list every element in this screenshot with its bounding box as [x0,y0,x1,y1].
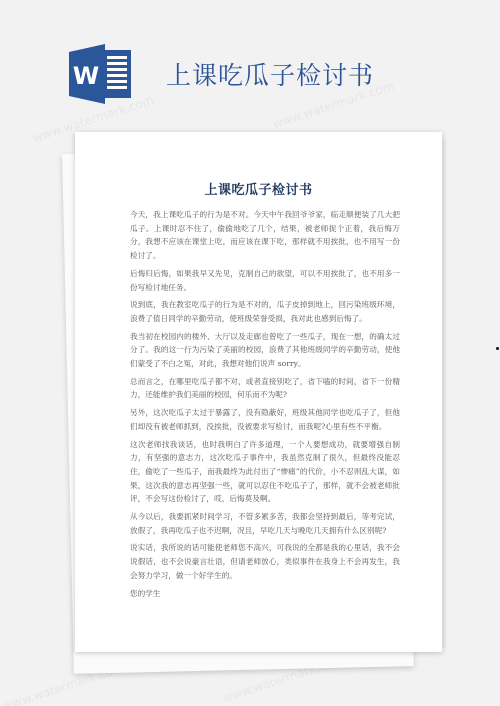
paragraph: 说实话，我所说的话可能使老师您不高兴，可我说的全都是我的心里话，我不会说假话，也… [130,541,400,582]
stray-dot [496,347,499,350]
paragraph: 总而言之，在哪里吃瓜子都不对，或者直接别吃了，省下嗑的时间，省下一份精力，还能维… [130,375,400,402]
paragraph: 后悔归后悔，如果我早又先见，克制自己的欲望，可以不用挨批了，也不用多一份写检讨地… [130,267,400,294]
signature: 您的学生 [130,587,400,601]
paragraph: 说到底，我在教室吃瓜子的行为是不对的，瓜子皮掉到地上，回污染班级环境，浪费了值日… [130,298,400,325]
document-body: 今天，我上课吃瓜子的行为是不对。今天中午我回爷爷家，临走顺便装了几大把瓜子。上课… [130,208,400,604]
paragraph: 这次老师找我谈话，也时我明白了许多道理，一个人要想成功，就要增强自制力，有坚强的… [130,438,400,507]
word-document-icon: W [69,44,133,104]
paragraph: 今天，我上课吃瓜子的行为是不对。今天中午我回爷爷家，临走顺便装了几大把瓜子。上课… [130,208,400,263]
header-banner: W 上课吃瓜子检讨书 [0,0,500,130]
page-stack-edge [442,140,446,648]
document-title: 上课吃瓜子检讨书 [75,179,442,198]
paragraph: 另外，这次吃瓜子太过于暴露了，没有隐蔽好，班级其他同学也吃瓜子了，但他们却没有被… [130,406,400,433]
paragraph: 从今以后，我要抓紧时间学习，不管多累多苦，我都会坚持到最后，等考完试，放假了，我… [130,510,400,537]
svg-text:W: W [73,62,99,90]
paragraph: 我当初在校园内的楼外、大厅以及走廊也曾吃了一些瓜子，现在一想，的确太过分了。我的… [130,330,400,371]
header-title: 上课吃瓜子检讨书 [166,56,374,92]
document-page: 上课吃瓜子检讨书 今天，我上课吃瓜子的行为是不对。今天中午我回爷爷家，临走顺便装… [75,132,442,652]
